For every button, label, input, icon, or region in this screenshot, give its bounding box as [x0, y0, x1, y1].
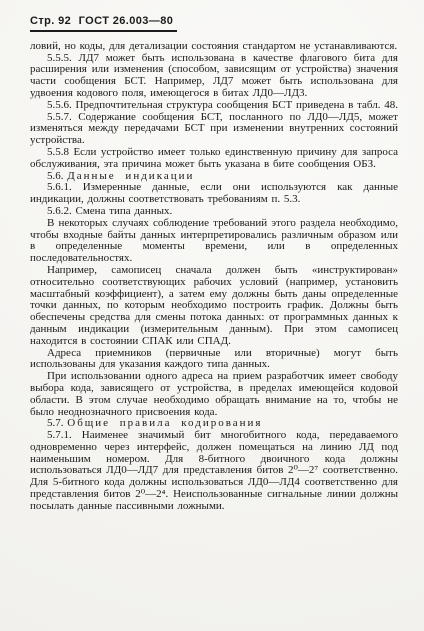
document-page: Стр. 92 ГОСТ 26.003—80 ловий, но коды, д…: [0, 0, 424, 631]
paragraph: 5.5.8 Если устройство имеет только единс…: [30, 147, 398, 171]
section-number: 5.7.: [47, 417, 64, 429]
document-body: ловий, но коды, для детализации состояни…: [30, 41, 398, 513]
section-title: Данные индикации: [67, 170, 194, 182]
paragraph: В некоторых случаях соблюдение требовани…: [30, 218, 398, 265]
paragraph: 5.5.6. Предпочтительная структура сообще…: [30, 100, 398, 112]
standard-designation: ГОСТ 26.003—80: [79, 15, 174, 27]
page-number-label: Стр. 92: [30, 15, 71, 27]
paragraph: 5.5.7. Содержание сообщения БСТ, посланн…: [30, 112, 398, 147]
paragraph: 5.7.1. Наименее значимый бит многобитног…: [30, 430, 398, 513]
paragraph: ловий, но коды, для детализации состояни…: [30, 41, 398, 53]
paragraph: При использовании одного адреса на прием…: [30, 371, 398, 418]
paragraph: Например, самописец сначала должен быть …: [30, 265, 398, 348]
section-number: 5.6.: [47, 170, 64, 182]
section-title: Общие правила кодирования: [67, 417, 262, 429]
page-header: Стр. 92 ГОСТ 26.003—80: [30, 16, 177, 32]
paragraph: 5.5.5. ЛД7 может быть использована в кач…: [30, 53, 398, 100]
paragraph: 5.6.2. Смена типа данных.: [30, 206, 398, 218]
paragraph: 5.6.1. Измеренные данные, если они испол…: [30, 182, 398, 206]
paragraph: Адреса приемников (первичные или вторичн…: [30, 348, 398, 372]
